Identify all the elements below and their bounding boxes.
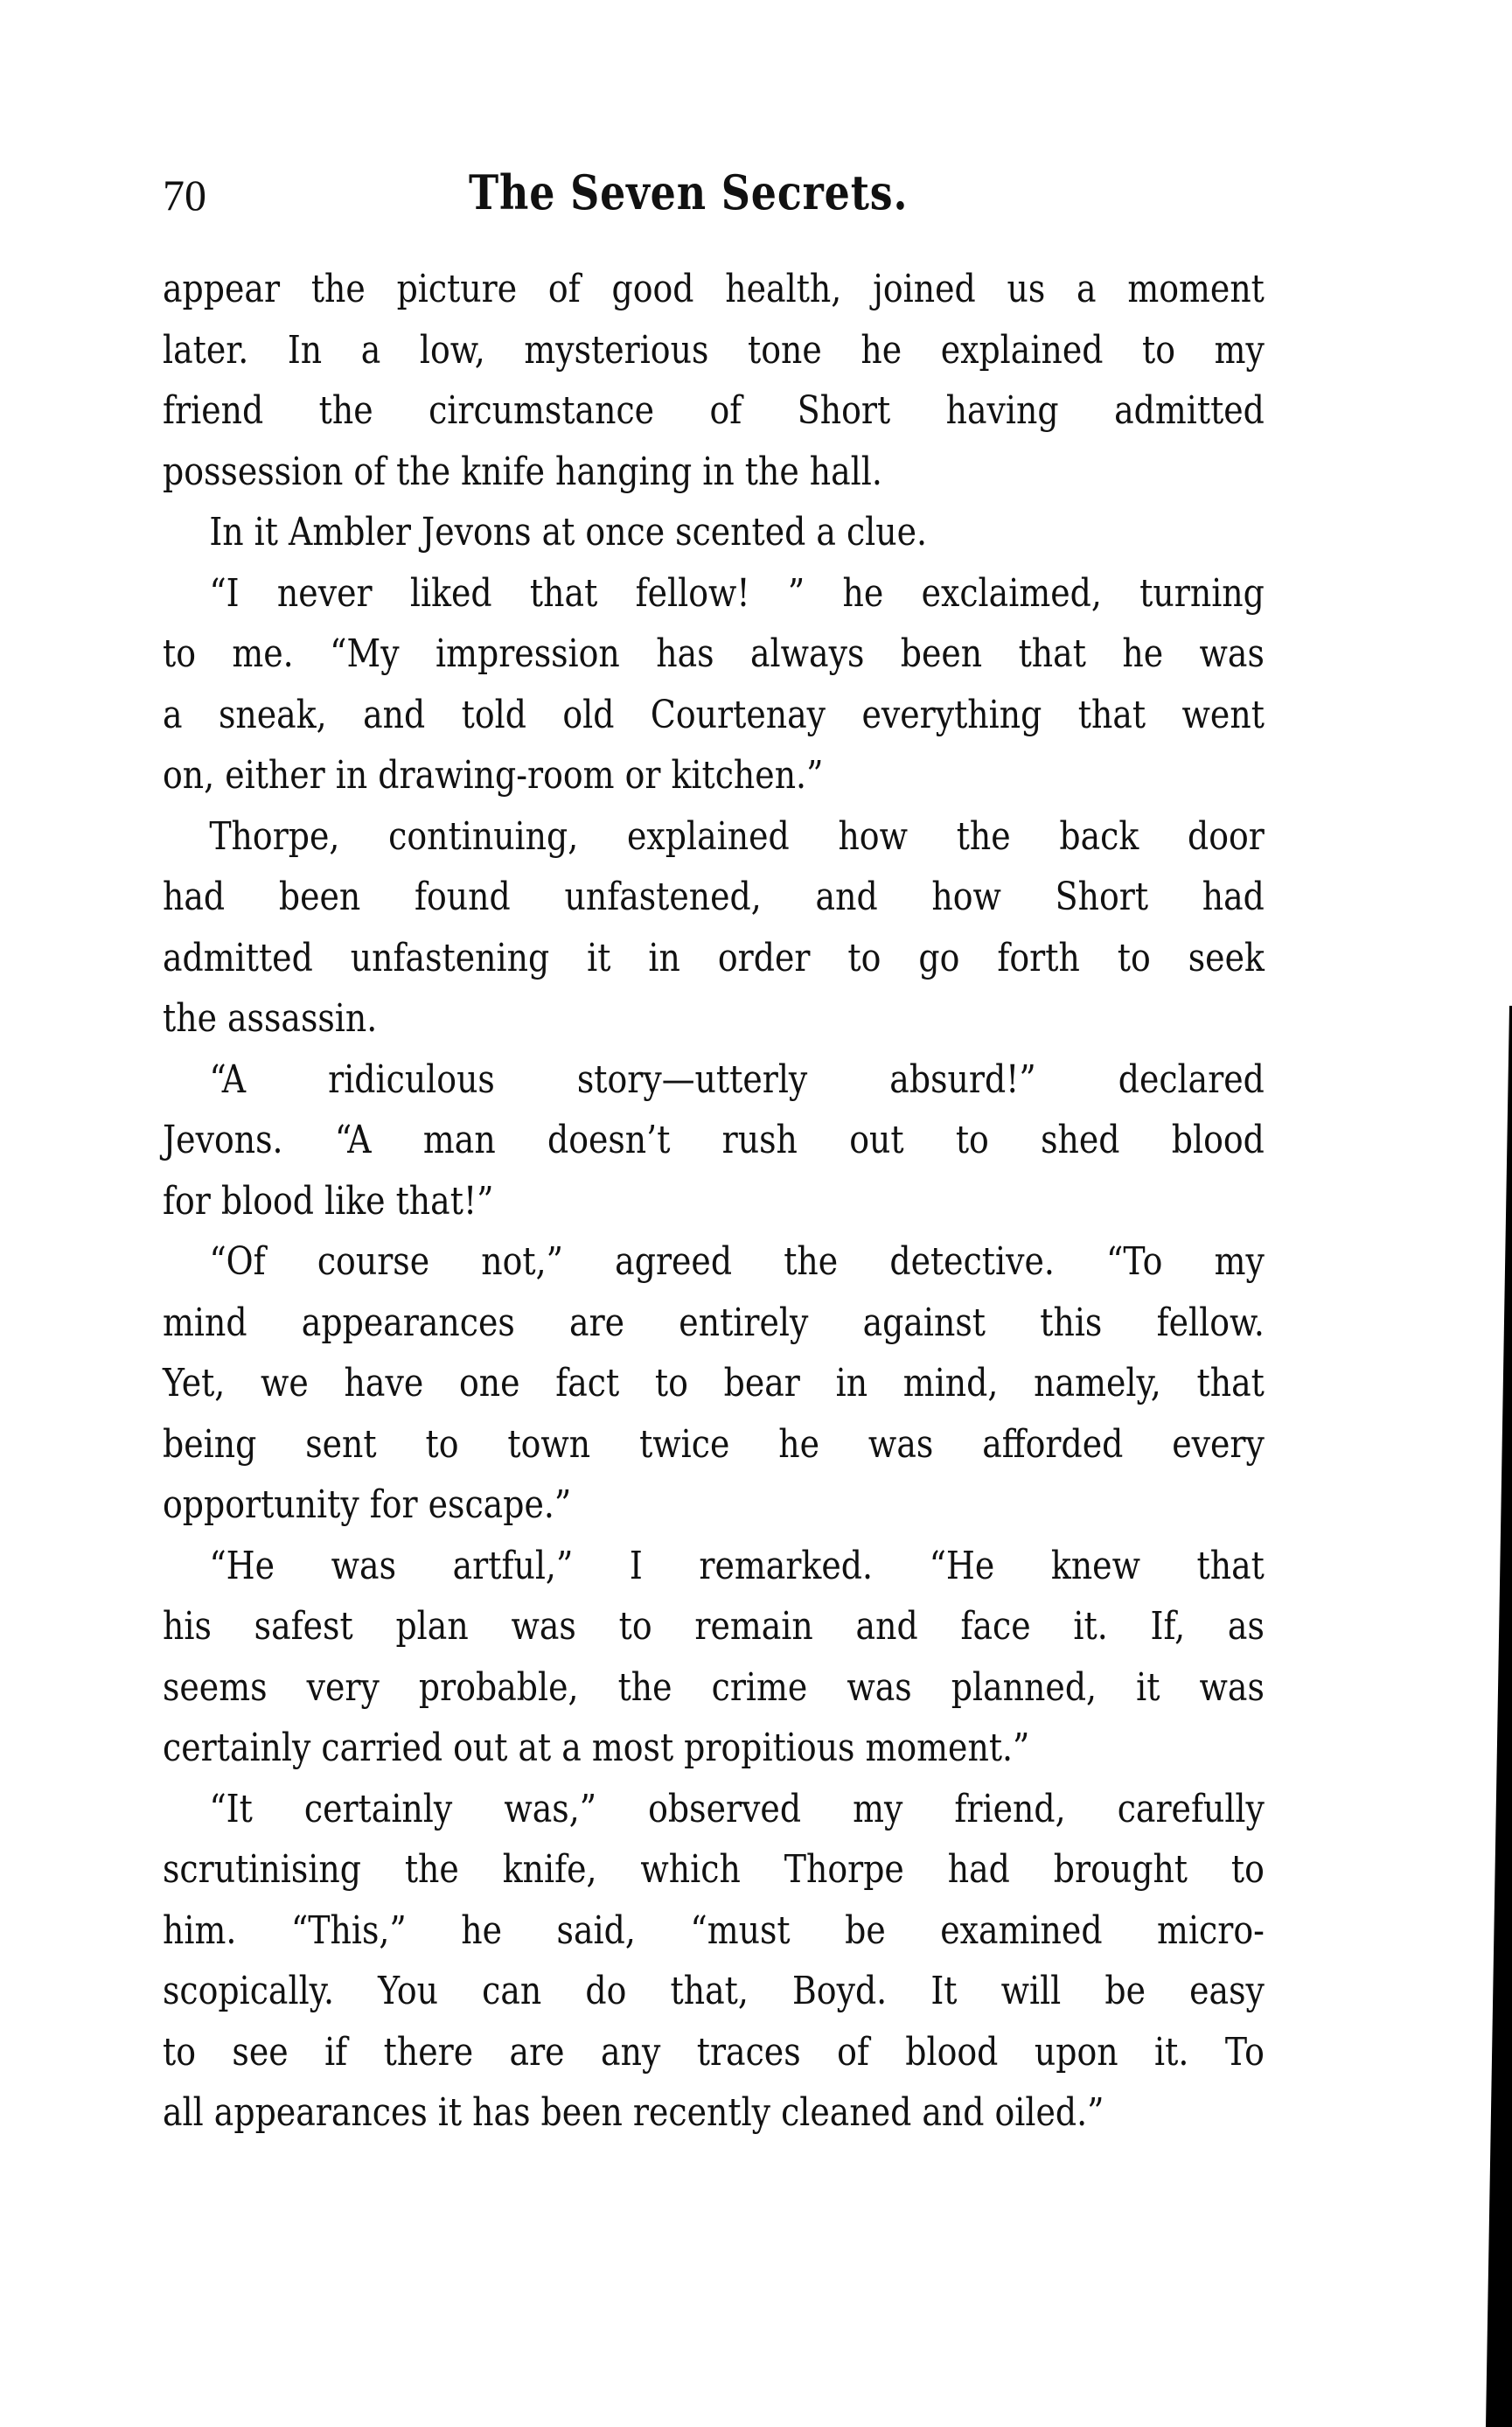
text-line: scopically. You can do that, Boyd. It wi…	[163, 1961, 1265, 2022]
text-line: “I never liked that fellow! ” he exclaim…	[163, 563, 1265, 624]
text-line: the assassin.	[163, 988, 1265, 1050]
page-header: 70 The Seven Secrets.	[163, 164, 1265, 234]
book-page: 70 The Seven Secrets. appear the picture…	[0, 0, 1512, 2427]
text-line: scrutinising the knife, which Thorpe had…	[163, 1839, 1265, 1900]
text-line: later. In a low, mysterious tone he expl…	[163, 320, 1265, 381]
text-line: “A ridiculous story—utterly absurd!” dec…	[163, 1050, 1265, 1111]
text-line: a sneak, and told old Courtenay everythi…	[163, 685, 1265, 746]
text-line: mind appearances are entirely against th…	[163, 1293, 1265, 1354]
text-line: his safest plan was to remain and face i…	[163, 1596, 1265, 1657]
text-line: had been found unfastened, and how Short…	[163, 867, 1265, 928]
text-line: Thorpe, continuing, explained how the ba…	[163, 806, 1265, 868]
text-line: to me. “My impression has always been th…	[163, 624, 1265, 685]
running-title: The Seven Secrets.	[469, 164, 908, 220]
text-line: to see if there are any traces of blood …	[163, 2022, 1265, 2083]
text-line: “It certainly was,” observed my friend, …	[163, 1779, 1265, 1840]
text-line: seems very probable, the crime was plann…	[163, 1657, 1265, 1719]
body-text: appear the picture of good health, joine…	[163, 259, 1265, 2144]
text-line: certainly carried out at a most propitio…	[163, 1718, 1265, 1779]
text-line: him. “This,” he said, “must be examined …	[163, 1900, 1265, 1962]
text-line: friend the circumstance of Short having …	[163, 380, 1265, 442]
text-line: Jevons. “A man doesn’t rush out to shed …	[163, 1110, 1265, 1171]
text-line: “Of course not,” agreed the detective. “…	[163, 1231, 1265, 1293]
text-line: admitted unfastening it in order to go f…	[163, 928, 1265, 989]
text-line: Yet, we have one fact to bear in mind, n…	[163, 1353, 1265, 1414]
text-line: appear the picture of good health, joine…	[163, 259, 1265, 320]
page-number: 70	[163, 170, 206, 220]
text-line: being sent to town twice he was afforded…	[163, 1414, 1265, 1475]
text-line: In it Ambler Jevons at once scented a cl…	[163, 502, 1265, 563]
text-line: possession of the knife hanging in the h…	[163, 442, 1265, 503]
text-line: opportunity for escape.”	[163, 1475, 1265, 1536]
text-line: all appearances it has been recently cle…	[163, 2082, 1265, 2144]
text-line: “He was artful,” I remarked. “He knew th…	[163, 1536, 1265, 1597]
text-line: on, either in drawing-room or kitchen.”	[163, 745, 1265, 806]
text-line: for blood like that!”	[163, 1171, 1265, 1232]
